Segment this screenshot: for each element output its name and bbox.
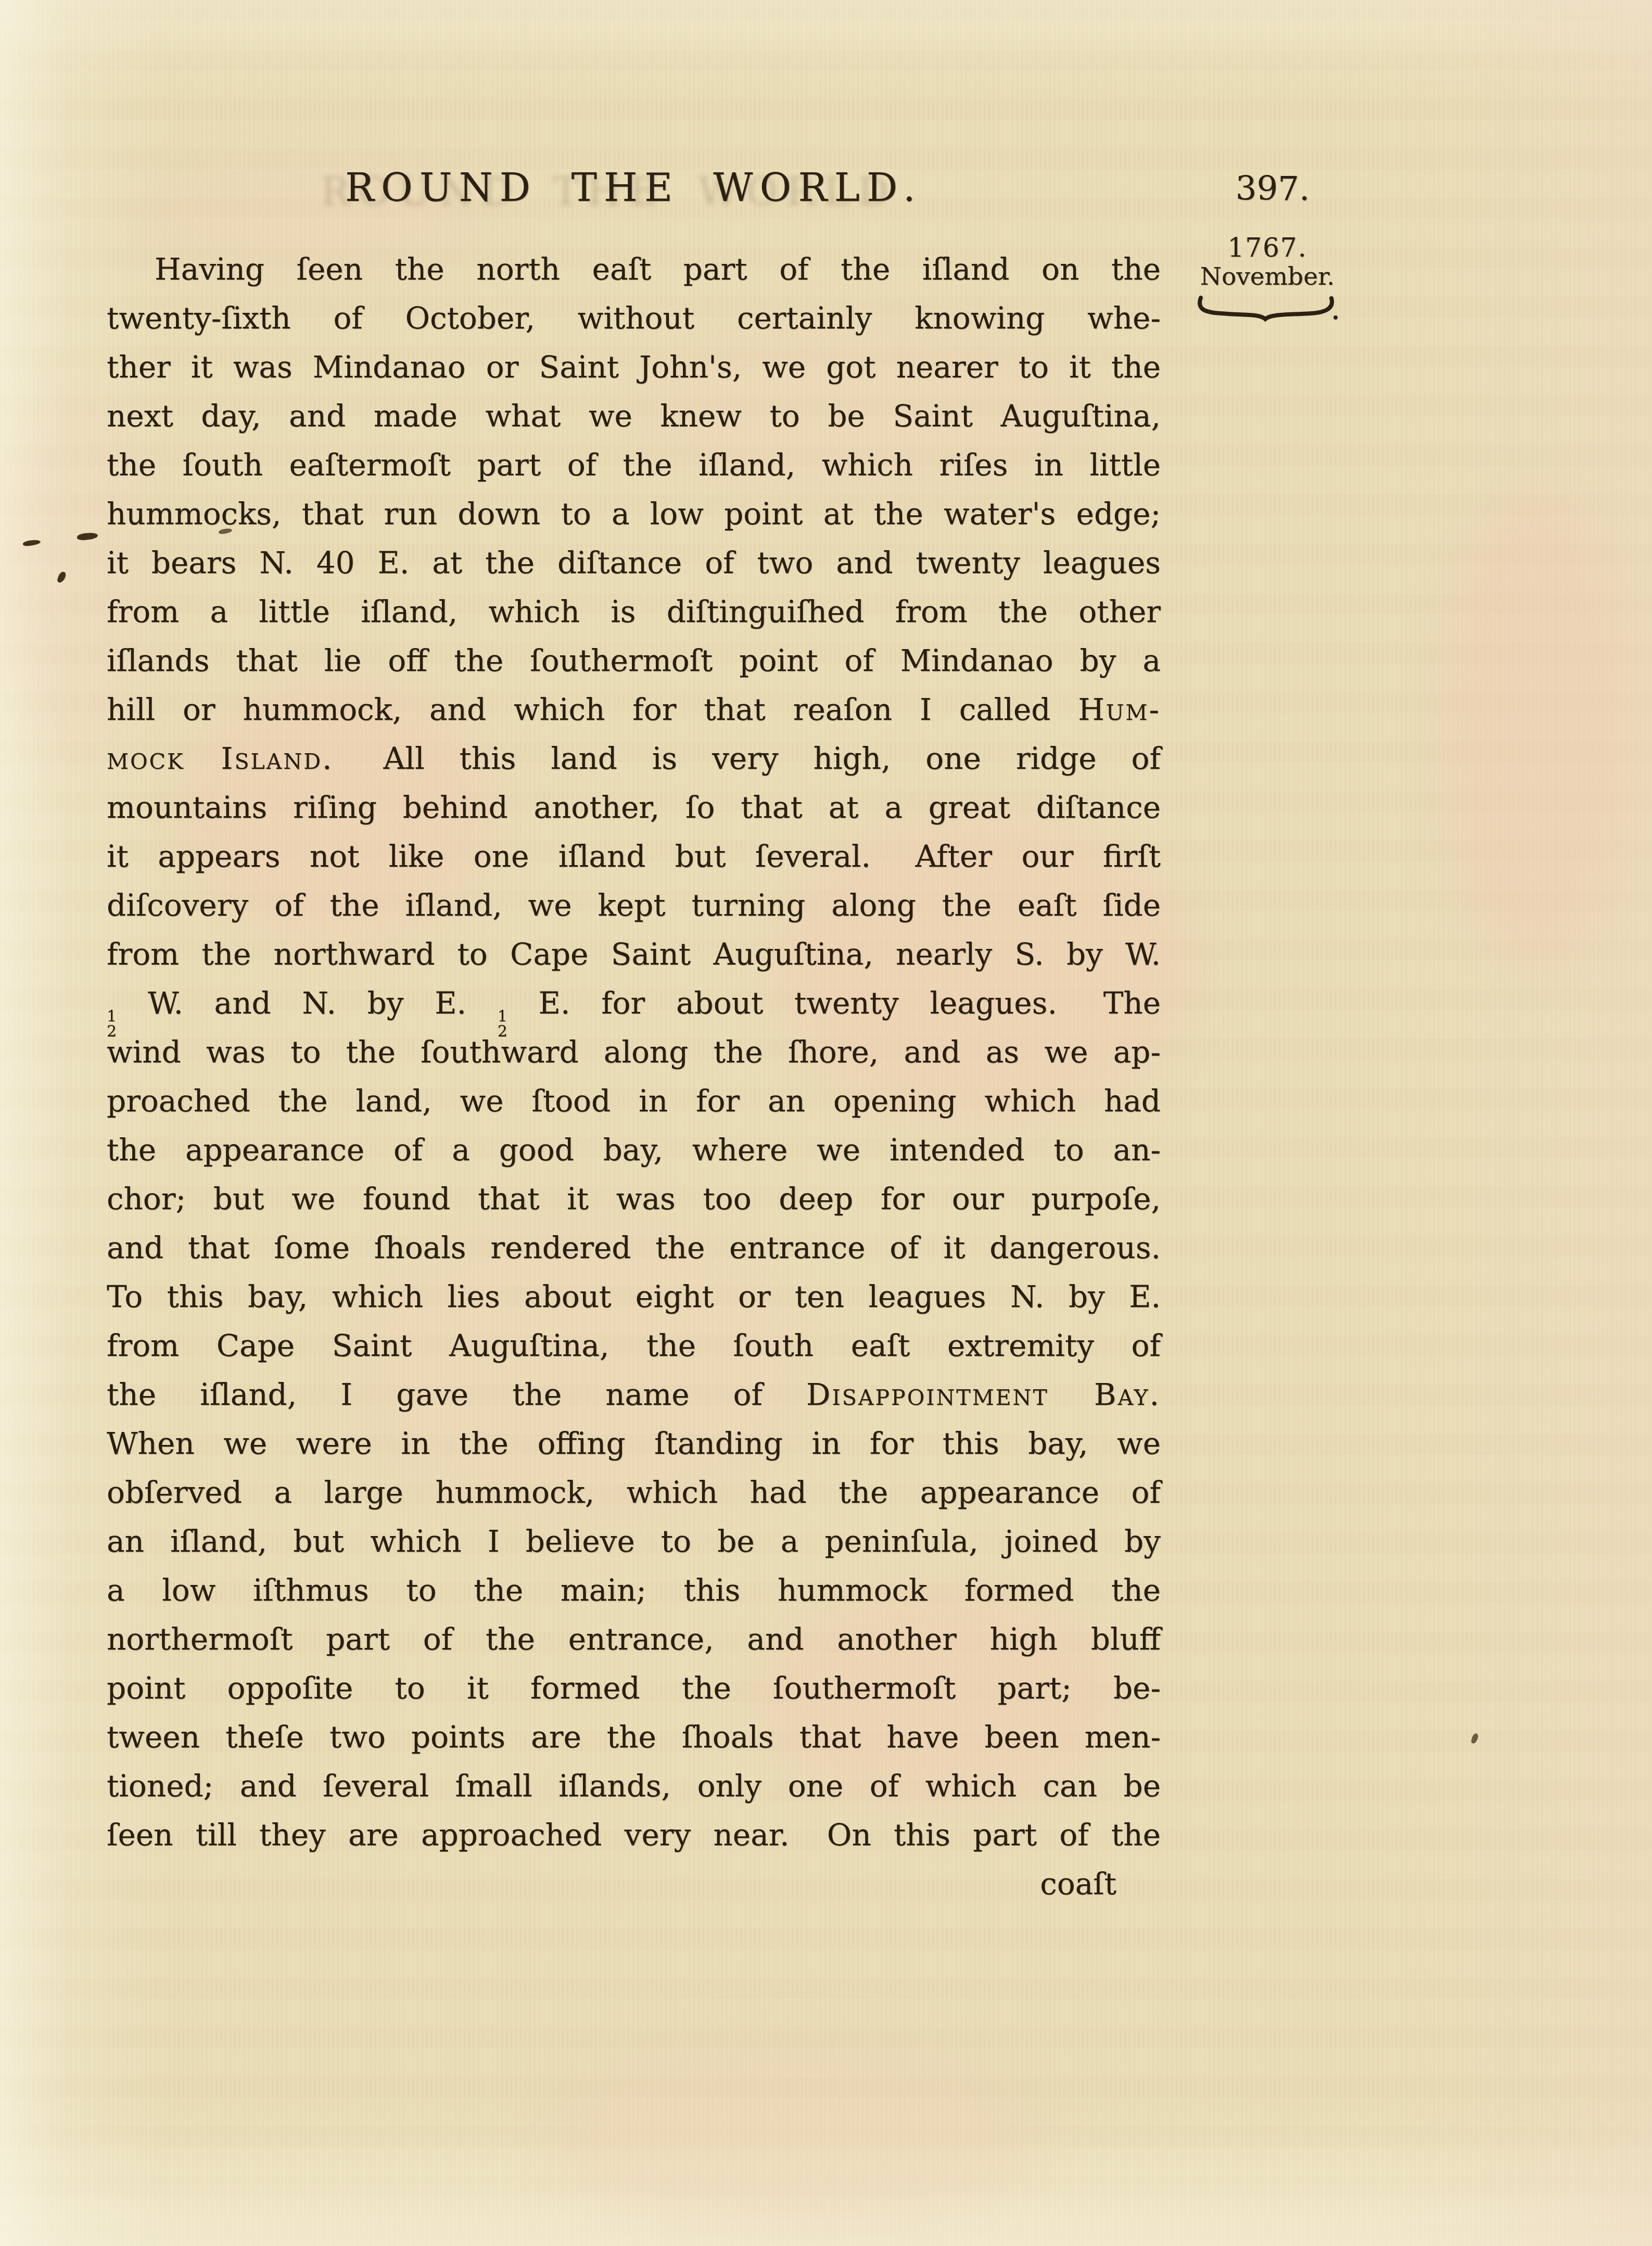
- text-line: the appearance of a good bay, where we i…: [107, 1125, 1161, 1174]
- text-segment: the ſouth eaſtermoſt part of the iſland,…: [107, 447, 1161, 483]
- text-line: To this bay, which lies about eight or t…: [107, 1272, 1161, 1321]
- text-line: proached the land, we ſtood in for an op…: [107, 1076, 1161, 1125]
- text-segment: hummocks, that run down to a low point a…: [107, 496, 1161, 531]
- text-segment: a low iſthmus to the main; this hummock …: [107, 1572, 1161, 1608]
- paragraph: Having ſeen the north eaſt part of the i…: [107, 245, 1161, 1859]
- text-line: an iſland, but which I believe to be a p…: [107, 1517, 1161, 1566]
- text-segment: ſeen till they are approached very near.…: [107, 1817, 1161, 1852]
- text-line: the ſouth eaſtermoſt part of the iſland,…: [107, 440, 1161, 489]
- text-line: from a little iſland, which is diſtingui…: [107, 587, 1161, 636]
- text-segment: ther it was Mindanao or Saint John's, we…: [107, 349, 1161, 385]
- text-segment: twenty-ſixth of October, without certain…: [107, 300, 1161, 336]
- text-line: point oppoſite to it formed the ſoutherm…: [107, 1664, 1161, 1712]
- ink-speck: [22, 539, 41, 547]
- paper-blotch: [547, 2030, 1041, 2228]
- text-segment: All this land is very high, one ridge of: [334, 741, 1161, 776]
- text-line: hummocks, that run down to a low point a…: [107, 489, 1161, 538]
- ink-speck: [1471, 1733, 1479, 1744]
- text-line: next day, and made what we knew to be Sa…: [107, 391, 1161, 440]
- text-segment: the iſland, I gave the name of: [107, 1377, 806, 1412]
- text-line: from Cape Saint Auguſtina, the ſouth eaſ…: [107, 1321, 1161, 1370]
- text-segment: northermoſt part of the entrance, and an…: [107, 1621, 1161, 1657]
- text-segment: tioned; and ſeveral ſmall iſlands, only …: [107, 1768, 1161, 1804]
- text-line: tioned; and ſeveral ſmall iſlands, only …: [107, 1761, 1161, 1810]
- running-title: ROUND THE WORLD.: [107, 166, 1161, 210]
- text-segment: W. and N. by E.: [117, 985, 498, 1021]
- text-line: a low iſthmus to the main; this hummock …: [107, 1566, 1161, 1615]
- text-segment: Having ſeen the north eaſt part of the i…: [155, 251, 1161, 287]
- text-segment: it appears not like one iſland but ſever…: [107, 839, 1161, 874]
- ink-speck: [57, 571, 67, 584]
- text-segment: E. for about twenty leagues. The: [507, 985, 1161, 1021]
- small-caps-text: mock Island.: [107, 741, 334, 776]
- text-segment: diſcovery of the iſland, we kept turning…: [107, 887, 1161, 923]
- text-segment: tween theſe two points are the ſhoals th…: [107, 1719, 1161, 1755]
- text-line: wind was to the ſouthward along the ſhor…: [107, 1027, 1161, 1076]
- catchword: coaſt: [107, 1859, 1116, 1908]
- text-line: twenty-ſixth of October, without certain…: [107, 294, 1161, 342]
- text-line: diſcovery of the iſland, we kept turning…: [107, 881, 1161, 930]
- text-line: and that ſome ſhoals rendered the entran…: [107, 1223, 1161, 1272]
- page-number: 397.: [1202, 170, 1343, 208]
- text-segment: When we were in the offing ſtanding in f…: [107, 1426, 1161, 1461]
- text-line: When we were in the offing ſtanding in f…: [107, 1419, 1161, 1468]
- text-line: ther it was Mindanao or Saint John's, we…: [107, 342, 1161, 391]
- text-line: it bears N. 40 E. at the diſtance of two…: [107, 538, 1161, 587]
- text-line: Having ſeen the north eaſt part of the i…: [107, 245, 1161, 294]
- text-line: chor; but we found that it was too deep …: [107, 1174, 1161, 1223]
- book-page-scan: ROUND THE WORLD ROUND THE WORLD. 397. 17…: [0, 0, 1652, 2246]
- text-line: obſerved a large hummock, which had the …: [107, 1468, 1161, 1517]
- text-segment: from Cape Saint Auguſtina, the ſouth eaſ…: [107, 1328, 1161, 1363]
- text-line: iſlands that lie off the ſouthermoſt poi…: [107, 636, 1161, 685]
- text-segment: chor; but we found that it was too deep …: [107, 1181, 1161, 1216]
- margin-note-month: November.: [1187, 262, 1348, 291]
- margin-note: 1767. November.: [1187, 233, 1348, 324]
- margin-note-year: 1767.: [1187, 233, 1348, 262]
- text-segment: from a little iſland, which is diſtingui…: [107, 594, 1161, 629]
- text-segment: To this bay, which lies about eight or t…: [107, 1279, 1161, 1314]
- text-segment: from the northward to Cape Saint Auguſti…: [107, 936, 1161, 972]
- ink-speck: [77, 532, 98, 541]
- small-caps-text: Hum-: [1078, 692, 1161, 727]
- text-segment: iſlands that lie off the ſouthermoſt poi…: [107, 643, 1161, 678]
- text-line: 12 W. and N. by E. 12 E. for about twent…: [107, 979, 1161, 1027]
- text-segment: wind was to the ſouthward along the ſhor…: [107, 1034, 1161, 1070]
- text-line: ſeen till they are approached very near.…: [107, 1810, 1161, 1859]
- text-line: it appears not like one iſland but ſever…: [107, 832, 1161, 881]
- text-line: mountains riſing behind another, ſo that…: [107, 783, 1161, 832]
- text-segment: point oppoſite to it formed the ſoutherm…: [107, 1670, 1161, 1706]
- text-segment: the appearance of a good bay, where we i…: [107, 1132, 1161, 1168]
- text-segment: hill or hummock, and which for that reaſ…: [107, 692, 1078, 727]
- text-line: from the northward to Cape Saint Auguſti…: [107, 930, 1161, 979]
- text-line: the iſland, I gave the name of Disappoin…: [107, 1370, 1161, 1419]
- paper-blotch: [1437, 494, 1634, 963]
- text-segment: it bears N. 40 E. at the diſtance of two…: [107, 545, 1161, 580]
- small-caps-text: Disappointment Bay.: [806, 1377, 1161, 1412]
- text-segment: obſerved a large hummock, which had the …: [107, 1475, 1161, 1510]
- margin-note-flourish: [1197, 295, 1338, 324]
- text-segment: an iſland, but which I believe to be a p…: [107, 1524, 1161, 1559]
- text-segment: and that ſome ſhoals rendered the entran…: [107, 1230, 1161, 1265]
- text-line: mock Island. All this land is very high,…: [107, 734, 1161, 783]
- text-segment: mountains riſing behind another, ſo that…: [107, 790, 1161, 825]
- text-segment: next day, and made what we knew to be Sa…: [107, 398, 1161, 434]
- text-line: northermoſt part of the entrance, and an…: [107, 1615, 1161, 1664]
- text-line: tween theſe two points are the ſhoals th…: [107, 1712, 1161, 1761]
- text-line: hill or hummock, and which for that reaſ…: [107, 685, 1161, 734]
- text-segment: proached the land, we ſtood in for an op…: [107, 1083, 1161, 1119]
